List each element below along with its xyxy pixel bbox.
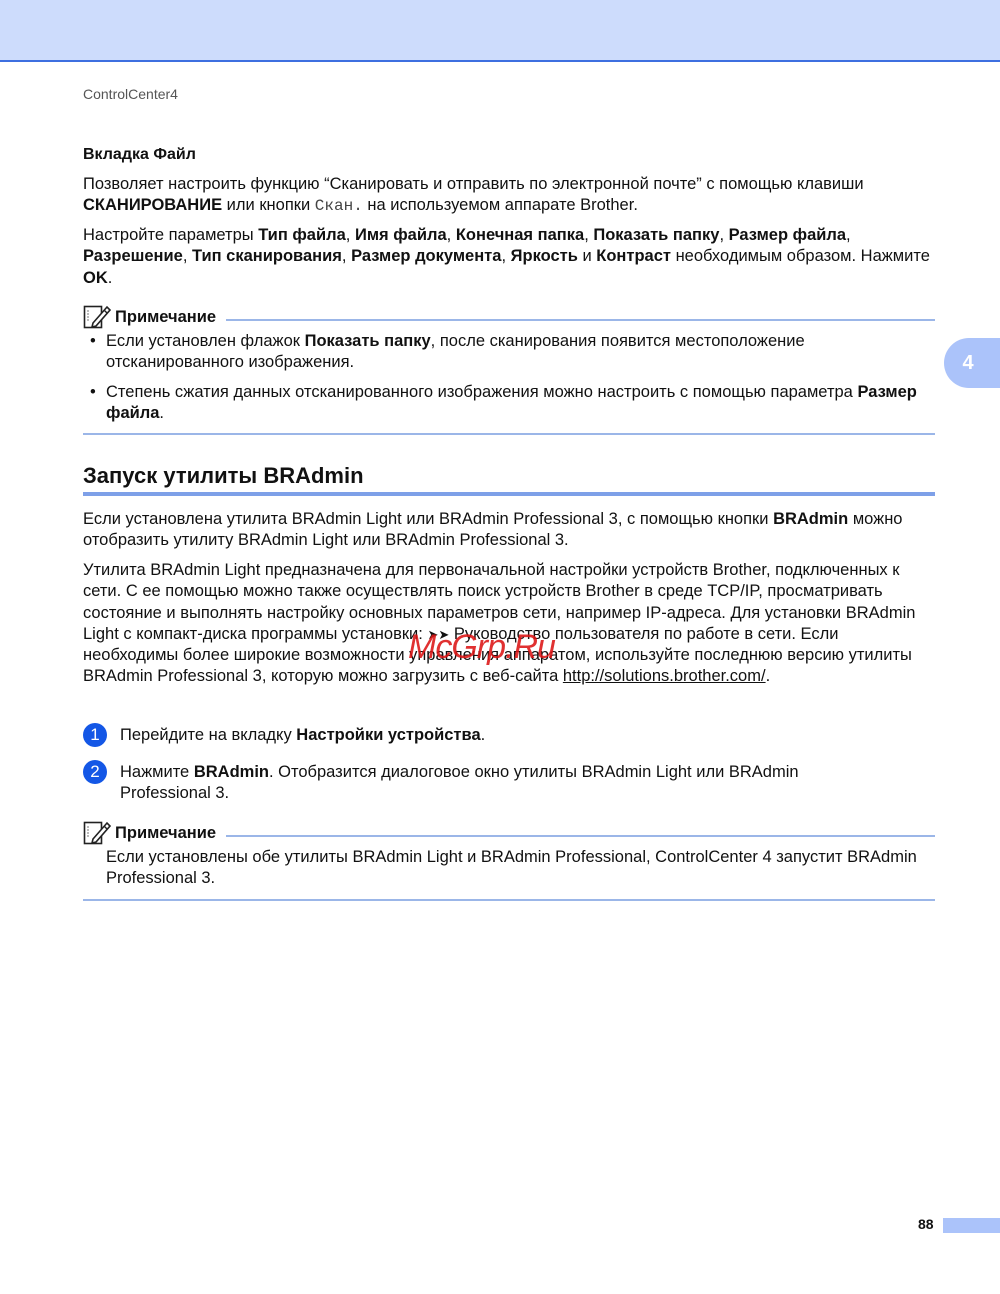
subsection-title: Вкладка Файл bbox=[83, 146, 935, 164]
note-header: Примечание bbox=[83, 820, 935, 846]
note-bullet: Степень сжатия данных отсканированного и… bbox=[83, 382, 935, 425]
bradmin-paragraph-1: Если установлена утилита BRAdmin Light и… bbox=[83, 509, 935, 552]
file-tab-paragraph-2: Настройте параметры Тип файла, Имя файла… bbox=[83, 225, 935, 289]
note-rule bbox=[226, 319, 935, 321]
step-text: Нажмите BRAdmin. Отобразится диалоговое … bbox=[120, 762, 890, 805]
file-tab-paragraph-1: Позволяет настроить функцию “Сканировать… bbox=[83, 174, 935, 218]
running-head: ControlCenter4 bbox=[83, 86, 178, 102]
step-number-badge: 1 bbox=[83, 723, 107, 747]
scan-button-label: Скан. bbox=[315, 197, 363, 215]
note-bullet: Если установлен флажок Показать папку, п… bbox=[83, 331, 935, 374]
bradmin-paragraph-2: Утилита BRAdmin Light предназначена для … bbox=[83, 560, 935, 688]
page-number-bar bbox=[943, 1218, 1000, 1233]
note-header: Примечание bbox=[83, 304, 935, 330]
note-title: Примечание bbox=[115, 308, 216, 327]
section-title: Запуск утилиты BRAdmin bbox=[83, 463, 935, 489]
watermark: McGrp.Ru bbox=[408, 628, 555, 667]
note-text: Если установлены обе утилиты BRAdmin Lig… bbox=[83, 847, 935, 890]
step-2: 2 Нажмите BRAdmin. Отобразится диалогово… bbox=[83, 762, 935, 805]
step-text: Перейдите на вкладку Настройки устройств… bbox=[120, 725, 485, 747]
note-title: Примечание bbox=[115, 824, 216, 843]
section-rule bbox=[83, 492, 935, 496]
note-box-1: Примечание Если установлен флажок Показа… bbox=[83, 304, 935, 424]
page-number: 88 bbox=[918, 1216, 934, 1232]
step-number-badge: 2 bbox=[83, 760, 107, 784]
note-rule bbox=[226, 835, 935, 837]
chapter-tab: 4 bbox=[944, 338, 1000, 388]
solutions-link[interactable]: http://solutions.brother.com/ bbox=[563, 667, 766, 685]
top-band bbox=[0, 0, 1000, 62]
note-bottom-rule bbox=[83, 899, 935, 901]
note-pencil-icon bbox=[83, 820, 111, 846]
note-bottom-rule bbox=[83, 433, 935, 435]
note-pencil-icon bbox=[83, 304, 111, 330]
step-1: 1 Перейдите на вкладку Настройки устройс… bbox=[83, 725, 935, 747]
note-box-2: Примечание Если установлены обе утилиты … bbox=[83, 820, 935, 890]
